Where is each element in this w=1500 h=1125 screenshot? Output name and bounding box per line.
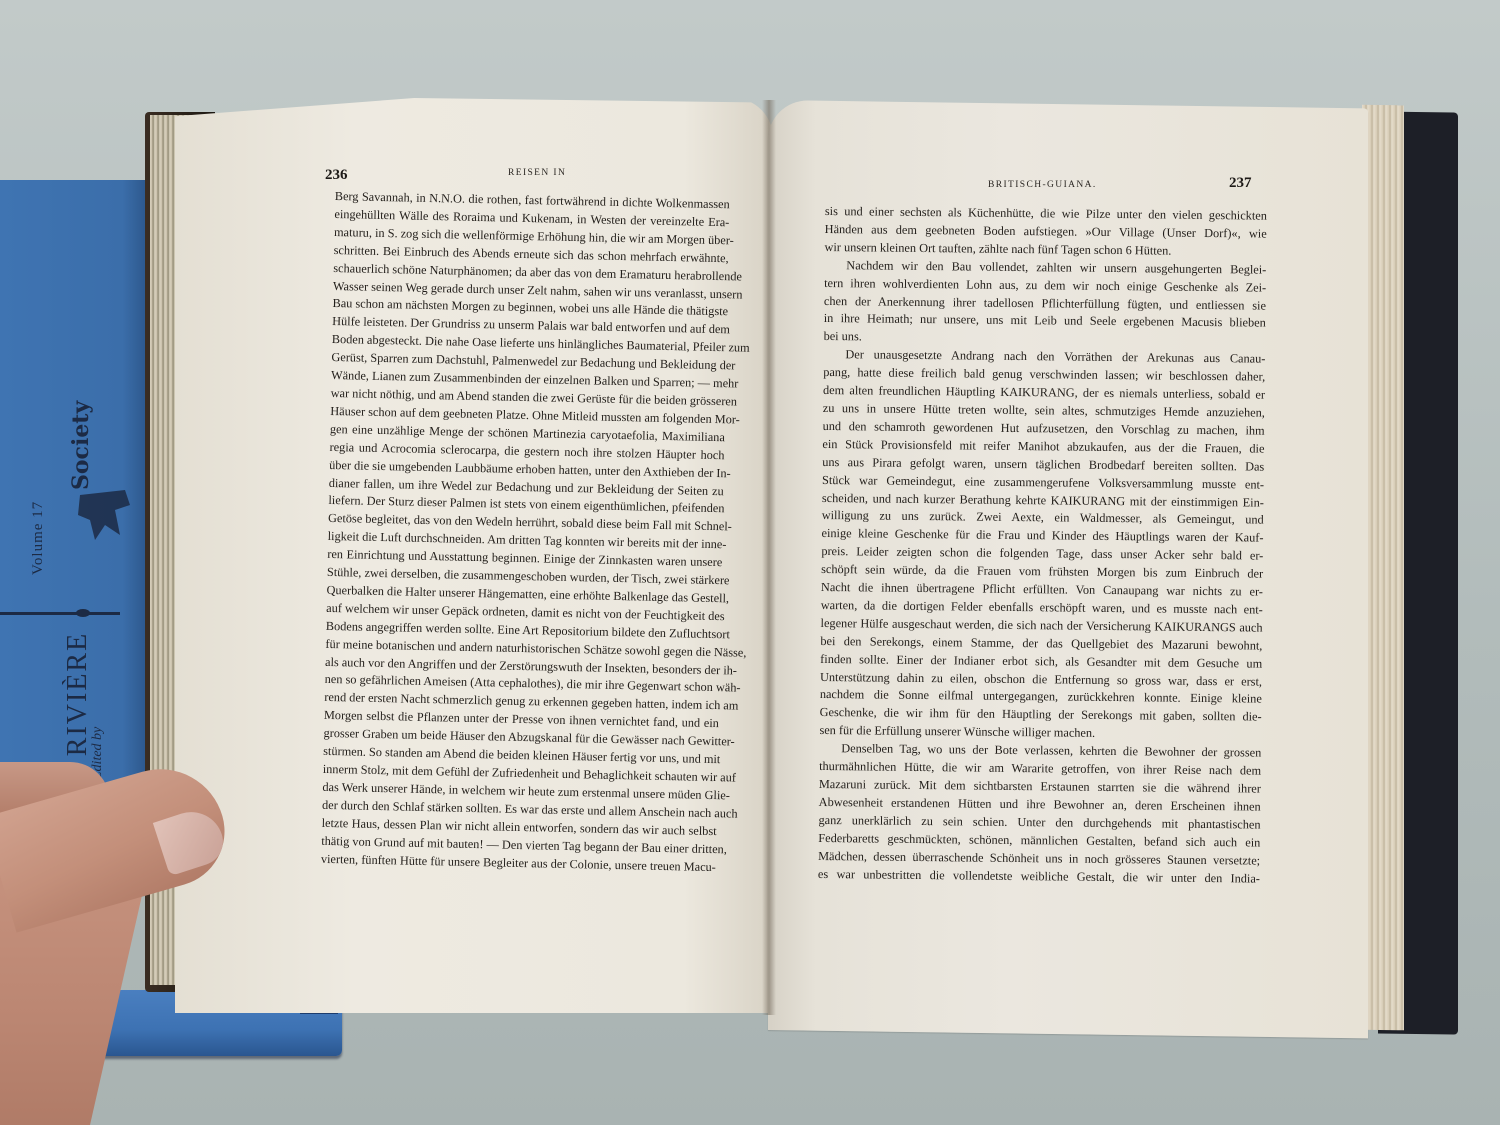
- page-number-right: 237: [1229, 175, 1252, 192]
- left-page-body: Berg Savannah, in N.N.O. die rothen, fas…: [321, 188, 730, 877]
- spine-society-label: Society: [68, 380, 94, 490]
- emblem-icon: [70, 480, 140, 550]
- book-gutter: [762, 100, 776, 1015]
- running-head-left: REISEN IN: [508, 168, 566, 178]
- page-block-right: [1362, 105, 1404, 1031]
- spine-volume-label: Volume 17: [30, 445, 47, 575]
- spine-ornamental-rule: [0, 612, 120, 615]
- running-head-right: BRITISCH-GUIANA.: [988, 180, 1097, 190]
- right-page-body: sis und einer sechsten als Küchenhütte, …: [818, 203, 1267, 888]
- page-number-left: 236: [325, 167, 348, 184]
